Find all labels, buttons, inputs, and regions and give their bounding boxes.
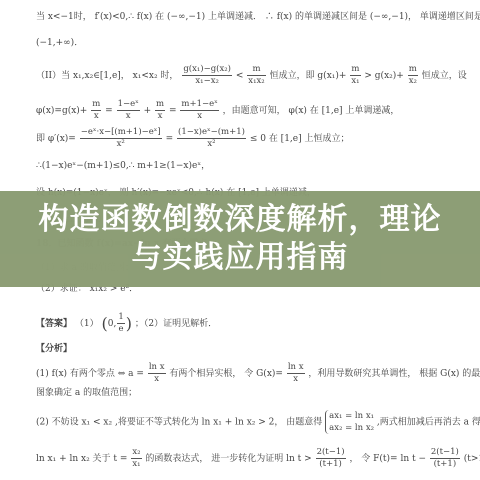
fraction: ln xx [287, 362, 305, 385]
text: > g(x₂)+ [364, 71, 403, 81]
fraction: mx₁ [350, 64, 360, 87]
text: ,两式相加减后再消去 a 得到 [377, 418, 480, 428]
title-banner: 构造函数倒数深度解析，理论 与实践应用指南 [0, 191, 480, 287]
text: ，由题意可知， φ(x) 在 [1,e] 上单调递减， [223, 106, 400, 116]
text: ；（2）证明见解析． [135, 319, 217, 329]
fraction: x₂x₁ [131, 447, 141, 470]
text: 恒成立，即 g(x₁)+ [270, 71, 347, 81]
doc-line-part-ii: （II）当 x₁,x₂∈[1,e]， x₁<x₂ 时， g(x₁)−g(x₂)x… [36, 64, 467, 87]
fraction: g(x₁)−g(x₂)x₁−x₂ [182, 64, 232, 87]
text: 有两个相异实根， 令 G(x)= [169, 369, 283, 379]
fraction: ln xx [148, 362, 166, 385]
fraction: 2(t−1)(t+1) [316, 447, 346, 470]
analysis-label: 【分析】 [36, 343, 72, 355]
doc-line: (−1,+∞)． [36, 37, 83, 49]
text: (t>1)， 利用导数 [464, 454, 480, 464]
text: = [105, 106, 113, 116]
doc-line-phi-derivative: 即 φ′(x)= −eˣ·x−[(m+1)−eˣ]x² = (1−x)eˣ−(m… [36, 127, 349, 150]
fraction: mx₁x₂ [247, 64, 265, 87]
text: (2) 不妨设 x₁ < x₂ ,将要证不等式转化为 ln x₁ + ln x₂… [36, 418, 322, 428]
text: 的函数表达式， 进一步转化为证明 ln t > [145, 454, 311, 464]
doc-line: 当 x<−1时， f′(x)<0,∴ f(x) 在 (−∞,−1) 上单调递减．… [36, 11, 480, 23]
text: 即 φ′(x)= [36, 134, 76, 144]
fraction: 1e [117, 312, 124, 335]
text: ≤ 0 在 [1,e] 上恒成立； [250, 134, 350, 144]
text: (1) f(x) 有两个零点 ⇔ a = [36, 369, 144, 379]
text: < [236, 71, 244, 81]
doc-line-phi: φ(x)=g(x)+ mx = 1−eˣx + mx = m+1−eˣx ，由题… [36, 99, 399, 122]
fraction: m+1−eˣx [180, 99, 218, 122]
fraction: mx [155, 99, 165, 122]
answer-label: 【答案】 [36, 319, 72, 329]
doc-line-answer: 【答案】 （1） (0,1e) ；（2）证明见解析． [36, 312, 217, 335]
text: = [169, 106, 177, 116]
equation-system: ax₁ = ln x₁ax₂ = ln x₂ [325, 410, 374, 434]
right-paren: ) [126, 314, 132, 334]
text: = [166, 134, 174, 144]
text: 恒成立，设 [422, 71, 467, 81]
text: ，利用导数研究其单调性， 根据 G(x) 的最值和 [308, 369, 480, 379]
fraction: (1−x)eˣ−(m+1)x² [177, 127, 246, 150]
banner-title-line-1: 构造函数倒数深度解析，理论 [39, 201, 442, 239]
fraction: −eˣ·x−[(m+1)−eˣ]x² [80, 127, 162, 150]
text: ， 令 F(t)= ln t − [349, 454, 426, 464]
doc-line-analysis-2: (2) 不妨设 x₁ < x₂ ,将要证不等式转化为 ln x₁ + ln x₂… [36, 410, 480, 434]
doc-line-analysis-3: ln x₁ + ln x₂ 关于 t = x₂x₁ 的函数表达式， 进一步转化为… [36, 447, 480, 470]
text: （1） [75, 319, 99, 329]
fraction: 1−eˣx [117, 99, 140, 122]
doc-line: 图象确定 a 的取值范围； [36, 387, 137, 399]
text: ln x₁ + ln x₂ 关于 t = [36, 454, 127, 464]
text: φ(x)=g(x)+ [36, 106, 87, 116]
fraction: mx₂ [408, 64, 418, 87]
text: （II）当 x₁,x₂∈[1,e]， x₁<x₂ 时， [36, 71, 178, 81]
text: 0, [108, 319, 117, 329]
banner-title: 构造函数倒数深度解析，理论 与实践应用指南 [0, 191, 480, 287]
doc-line: ∴(1−x)eˣ−(m+1)≤0,∴ m+1≥(1−x)eˣ， [36, 160, 210, 172]
fraction: mx [91, 99, 101, 122]
doc-line-analysis-1: (1) f(x) 有两个零点 ⇔ a = ln xx 有两个相异实根， 令 G(… [36, 362, 480, 385]
text: + [144, 106, 152, 116]
banner-title-line-2: 与实践应用指南 [132, 239, 349, 277]
fraction: 2(t−1)(t+1) [430, 447, 460, 470]
